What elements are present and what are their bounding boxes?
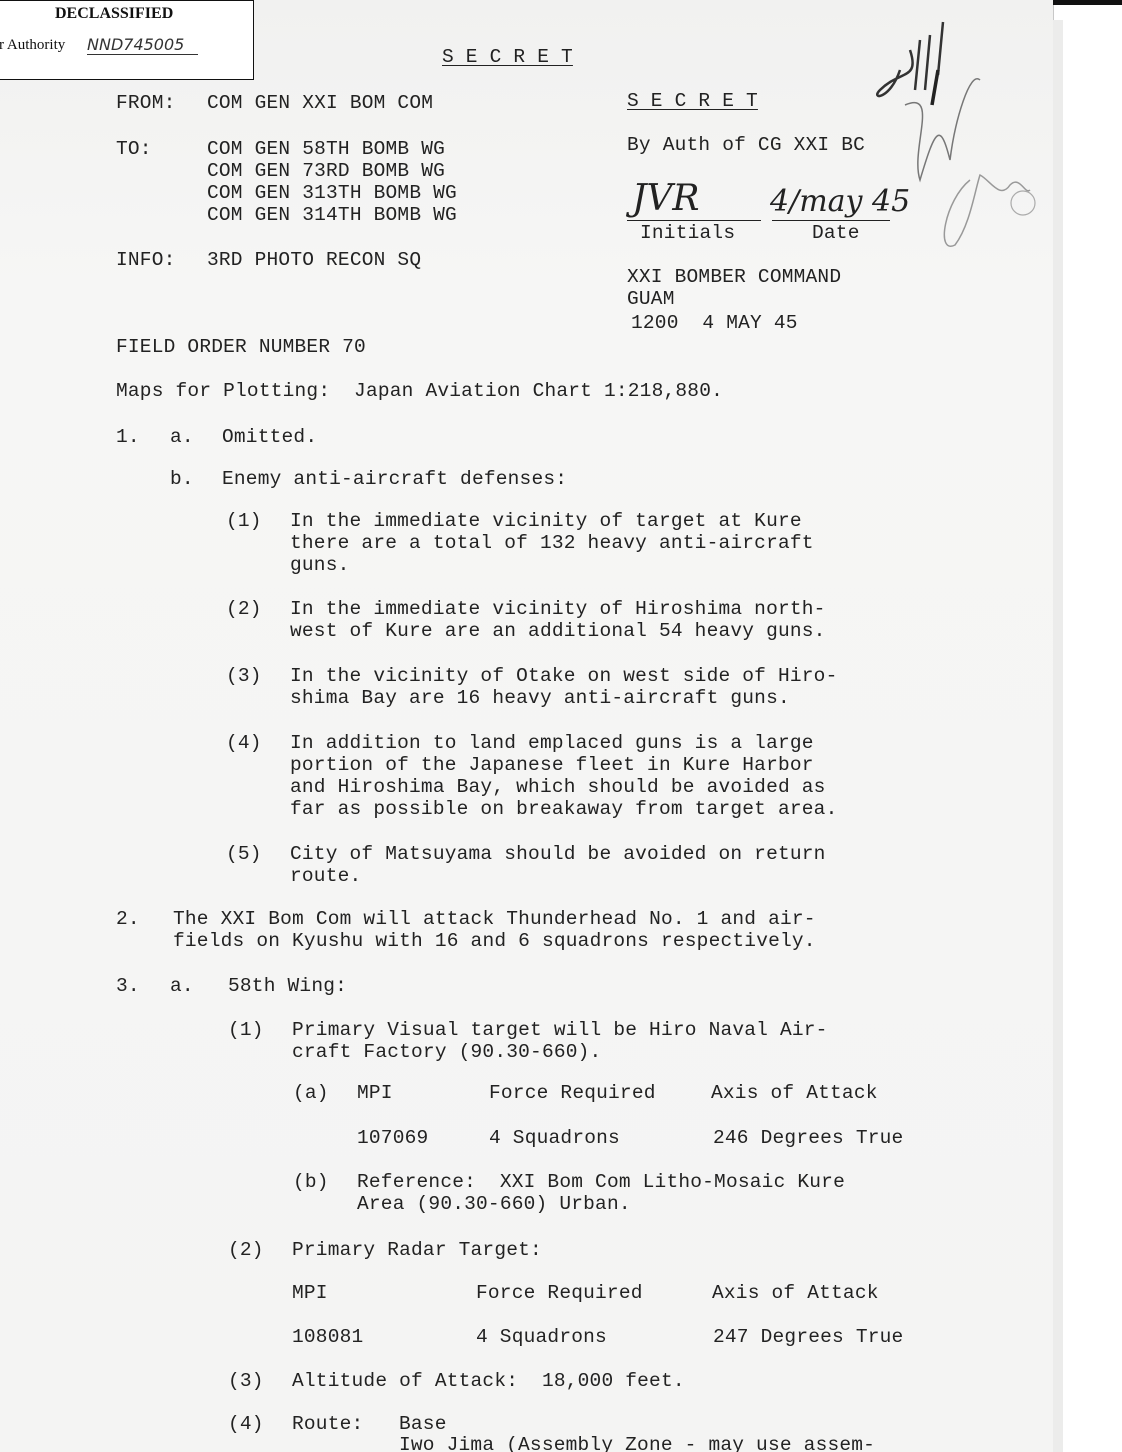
classification-header: S E C R E T <box>442 46 573 68</box>
scan-margin <box>1053 20 1063 1452</box>
table-header-mpi: MPI <box>357 1082 393 1104</box>
table-cell-mpi: 107069 <box>357 1127 428 1149</box>
item-number: (4) <box>228 1413 264 1435</box>
sub-label: (b) <box>293 1171 329 1193</box>
table-header-force: Force Required <box>489 1082 656 1104</box>
table-cell-mpi: 108081 <box>292 1326 363 1348</box>
stamp-authority-code: NND745005 <box>87 35 198 55</box>
sub-label: a. <box>170 426 194 448</box>
item-text: shima Bay are 16 heavy anti-aircraft gun… <box>290 687 790 709</box>
item-text: In the vicinity of Otake on west side of… <box>290 665 838 687</box>
field-order-title: FIELD ORDER NUMBER 70 <box>116 336 366 358</box>
item-text: Area (90.30-660) Urban. <box>357 1193 631 1215</box>
item-number: (2) <box>228 1239 264 1261</box>
sub-label: a. <box>170 975 194 997</box>
by-auth-text: By Auth of CG XXI BC <box>627 134 865 156</box>
item-number: (3) <box>228 1370 264 1392</box>
table-header-axis: Axis of Attack <box>711 1082 878 1104</box>
info-value: 3RD PHOTO RECON SQ <box>207 249 421 271</box>
handwritten-signature-icon <box>860 10 1050 260</box>
route-label: Route: <box>292 1413 363 1435</box>
item-number: (5) <box>226 843 262 865</box>
table-cell-force: 4 Squadrons <box>476 1326 607 1348</box>
initials-line <box>627 220 761 221</box>
origin-line: XXI BOMBER COMMAND <box>627 266 841 288</box>
margin-initials: JCM <box>1000 170 1002 171</box>
table-header-axis: Axis of Attack <box>712 1282 879 1304</box>
handwritten-initials: JVR <box>632 178 700 219</box>
para-text: 58th Wing: <box>228 975 347 997</box>
item-text: west of Kure are an additional 54 heavy … <box>290 620 826 642</box>
item-text: In the immediate vicinity of Hiroshima n… <box>290 598 826 620</box>
date-label: Date <box>812 222 860 244</box>
para-number: 2. <box>116 908 140 930</box>
table-header-mpi: MPI <box>292 1282 328 1304</box>
declassified-stamp: DECLASSIFIED r Authority NND745005 <box>0 0 254 80</box>
to-value: COM GEN 314TH BOMB WG <box>207 204 457 226</box>
route-line: Base <box>399 1413 447 1435</box>
sub-label: b. <box>170 468 194 490</box>
para-number: 1. <box>116 426 140 448</box>
origin-datetime: 1200 4 MAY 45 <box>631 312 798 334</box>
item-text: Primary Visual target will be Hiro Naval… <box>292 1019 828 1041</box>
origin-line: GUAM <box>627 288 675 310</box>
from-value: COM GEN XXI BOM COM <box>207 92 433 114</box>
item-number: (3) <box>226 665 262 687</box>
item-text: Primary Radar Target: <box>292 1239 542 1261</box>
item-text: In the immediate vicinity of target at K… <box>290 510 802 532</box>
item-text: craft Factory (90.30-660). <box>292 1041 601 1063</box>
table-cell-axis: 247 Degrees True <box>713 1326 903 1348</box>
stamp-authority-label: r Authority <box>0 37 65 54</box>
para-number: 3. <box>116 975 140 997</box>
item-text: far as possible on breakaway from target… <box>290 798 838 820</box>
to-value: COM GEN 313TH BOMB WG <box>207 182 457 204</box>
sub-label: (a) <box>293 1082 329 1104</box>
to-value: COM GEN 73RD BOMB WG <box>207 160 445 182</box>
to-label: TO: <box>116 138 152 160</box>
info-label: INFO: <box>116 249 176 271</box>
table-cell-axis: 246 Degrees True <box>713 1127 903 1149</box>
stamp-title: DECLASSIFIED <box>55 5 173 23</box>
item-text: there are a total of 132 heavy anti-airc… <box>290 532 814 554</box>
item-text: In addition to land emplaced guns is a l… <box>290 732 814 754</box>
item-text: guns. <box>290 554 350 576</box>
item-number: (4) <box>226 732 262 754</box>
item-text: Reference: XXI Bom Com Litho-Mosaic Kure <box>357 1171 845 1193</box>
to-value: COM GEN 58TH BOMB WG <box>207 138 445 160</box>
para-text: fields on Kyushu with 16 and 6 squadrons… <box>173 930 816 952</box>
table-header-force: Force Required <box>476 1282 643 1304</box>
item-text: portion of the Japanese fleet in Kure Ha… <box>290 754 814 776</box>
item-text: Altitude of Attack: 18,000 feet. <box>292 1370 685 1392</box>
item-number: (1) <box>226 510 262 532</box>
item-number: (2) <box>226 598 262 620</box>
para-text: The XXI Bom Com will attack Thunderhead … <box>173 908 816 930</box>
table-cell-force: 4 Squadrons <box>489 1127 620 1149</box>
scan-edge <box>1053 0 1122 5</box>
para-text: Enemy anti-aircraft defenses: <box>222 468 567 490</box>
item-text: route. <box>290 865 361 887</box>
item-text: and Hiroshima Bay, which should be avoid… <box>290 776 826 798</box>
classification-auth: S E C R E T <box>627 90 758 112</box>
maps-for-plotting: Maps for Plotting: Japan Aviation Chart … <box>116 380 723 402</box>
from-label: FROM: <box>116 92 176 114</box>
item-text: City of Matsuyama should be avoided on r… <box>290 843 826 865</box>
initials-label: Initials <box>640 222 735 244</box>
para-text: Omitted. <box>222 426 317 448</box>
route-line: Iwo Jima (Assembly Zone - may use assem- <box>399 1434 875 1452</box>
item-number: (1) <box>228 1019 264 1041</box>
